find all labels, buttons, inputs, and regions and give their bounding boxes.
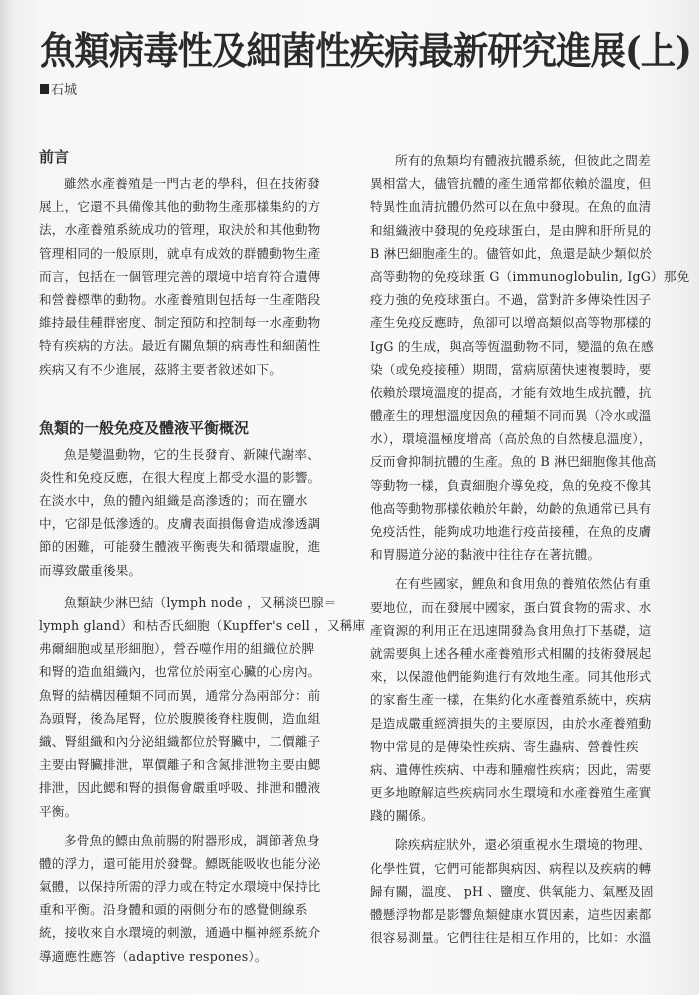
- paragraph: 雖然水產養殖是一門古老的學科，但在技術發展上，它還不具備像其他的動物生產那樣集約…: [39, 172, 339, 381]
- left-column: 前言 雖然水產養殖是一門古老的學科，但在技術發展上，它還不具備像其他的動物生產那…: [39, 146, 339, 968]
- section-heading-immunity: 魚類的一般免疫及體液平衡概況: [39, 417, 339, 439]
- text-line: 化學性質，它們可能都與病因、病程以及疾病的轉: [370, 857, 670, 880]
- text-line: 免疫活性，能夠成功地進行疫苗接種，在魚的皮膚: [370, 520, 670, 543]
- right-column: 所有的魚類均有體液抗體系統，但彼此之間差異相當大，儘管抗體的產生通常都依賴於溫度…: [370, 149, 670, 949]
- text-line: 體產生的理想溫度因魚的種類不同而異（冷水或溫: [370, 404, 670, 427]
- text-line: 在有些國家，鯉魚和食用魚的養殖依然佔有重: [370, 572, 670, 595]
- text-line: 節的困難，可能發生體液平衡喪失和循環虛脫，進: [39, 535, 339, 558]
- text-line: lymph gland）和枯否氏細胞（Kupffer's cell ，又稱庫: [39, 614, 339, 637]
- text-line: 而導致嚴重後果。: [39, 559, 339, 582]
- text-line: 他高等動物那樣依賴於年齡，幼齡的魚通常已具有: [370, 497, 670, 520]
- text-line: 染（或免疫接種）期間，當病原菌快速複製時，要: [370, 358, 670, 381]
- document-page: 魚類病毒性及細菌性疾病最新研究進展(上) 石城 前言 雖然水產養殖是一門古老的學…: [0, 0, 699, 995]
- text-line: 來，以保證他們能夠進行有效地生產。同其他形式: [370, 665, 670, 688]
- text-line: 體懸浮物都是影響魚類健康水質因素，這些因素都: [370, 903, 670, 926]
- text-line: 更多地瞭解這些疾病同水生環境和水產養殖生產實: [370, 781, 670, 804]
- text-line: 而言，包括在一個管理完善的環境中培育符合遺傳: [39, 265, 339, 288]
- text-line: 魚腎的結構因種類不同而異，通常分為兩部分：前: [39, 684, 339, 707]
- author-byline: 石城: [40, 79, 77, 98]
- text-line: 和腎的造血組織內，也常位於兩室心臟的心房內。: [39, 660, 339, 683]
- paragraph: 在有些國家，鯉魚和食用魚的養殖依然佔有重要地位，而在發展中國家，蛋白質食物的需求…: [370, 572, 670, 827]
- square-bullet-icon: [40, 84, 49, 94]
- text-line: 氣體，以保持所需的浮力或在特定水環境中保持比: [39, 875, 339, 898]
- text-line: 疾病又有不少進展，茲將主要者敘述如下。: [39, 358, 339, 381]
- text-line: 是造成嚴重經濟損失的主要原因，由於水產養殖動: [370, 712, 670, 735]
- text-line: 在淡水中，魚的體內組織是高滲透的；而在鹽水: [39, 489, 339, 512]
- text-line: 所有的魚類均有體液抗體系統，但彼此之間差: [370, 149, 670, 172]
- text-line: 反而會抑制抗體的生產。魚的 B 淋巴細胞像其他高: [370, 450, 670, 473]
- text-line: 產資源的利用正在迅速開發為食用魚打下基礎，這: [370, 619, 670, 642]
- text-line: 和組織液中發現的免疫球蛋白，是由脾和肝所見的: [370, 219, 670, 242]
- text-line: 異相當大，儘管抗體的產生通常都依賴於溫度，但: [370, 172, 670, 195]
- text-line: 織、腎組織和內分泌組織都位於腎臟中，二價離子: [39, 730, 339, 753]
- section-heading-preface: 前言: [39, 146, 339, 168]
- paragraph: 多骨魚的鰾由魚前腸的附器形成，調節著魚身體的浮力，還可能用於發聲。鰾既能吸收也能…: [39, 829, 339, 968]
- text-line: 等動物一樣，負責細胞介導免疫，魚的免疫不像其: [370, 474, 670, 497]
- text-line: 就需要與上述各種水產養殖形式相關的技術發展起: [370, 642, 670, 665]
- text-line: 魚是變溫動物，它的生長發育、新陳代謝率、: [39, 443, 339, 466]
- text-line: 中，它卻是低滲透的。皮膚表面損傷會造成滲透調: [39, 512, 339, 535]
- text-line: 平衡。: [39, 800, 339, 823]
- text-line: 重和平衡。沿身體和頭的兩側分布的感覺側線系: [39, 898, 339, 921]
- text-line: 展上，它還不具備像其他的動物生產那樣集約的方: [39, 195, 339, 218]
- text-line: 特異性血清抗體仍然可以在魚中發現。在魚的血清: [370, 195, 670, 218]
- text-line: 物中常見的是傳染性疾病、寄生蟲病、營養性疾: [370, 735, 670, 758]
- text-line: 弗爾細胞或星形細胞），營吞噬作用的組織位於脾: [39, 637, 339, 660]
- text-line: 為頭腎，後為尾腎，位於腹膜後脊柱腹側，造血組: [39, 707, 339, 730]
- text-line: 多骨魚的鰾由魚前腸的附器形成，調節著魚身: [39, 829, 339, 852]
- text-line: 踐的關係。: [370, 804, 670, 827]
- text-line: 水），環境溫極度增高（高於魚的自然棲息溫度），: [370, 427, 670, 450]
- text-line: 很容易測量。它們往往是相互作用的，比如：水溫: [370, 926, 670, 949]
- author-name: 石城: [51, 79, 77, 98]
- text-line: 法，水產養殖系統成功的管理，取決於和其他動物: [39, 218, 339, 241]
- paragraph: 除疾病症狀外，還必須重視水生環境的物理、化學性質，它們可能都與病因、病程以及疾病…: [370, 833, 670, 949]
- paragraph: 魚類缺少淋巴結（lymph node ，又稱淡巴腺＝lymph gland）和枯…: [39, 591, 339, 823]
- text-line: 依賴於環境溫度的提高，才能有效地生成抗體，抗: [370, 381, 670, 404]
- article-title: 魚類病毒性及細菌性疾病最新研究進展(上): [40, 20, 691, 75]
- text-line: 產生免疫反應時，魚卻可以增高類似高等物那樣的: [370, 311, 670, 334]
- text-line: 統，接收來自水環境的刺激，通過中樞神經系統介: [39, 921, 339, 944]
- text-line: 歸有關，溫度、 pH 、鹽度、供氧能力、氣壓及固: [370, 880, 670, 903]
- text-line: 維持最佳種群密度、制定預防和控制每一水產動物: [39, 311, 339, 334]
- text-line: 特有疾病的方法。最近有關魚類的病毒性和細菌性: [39, 334, 339, 357]
- text-line: 主要由腎臟排泄，單價離子和含氮排泄物主要由鰓: [39, 753, 339, 776]
- text-line: 魚類缺少淋巴結（lymph node ，又稱淡巴腺＝: [39, 591, 339, 614]
- text-line: 病、遺傳性疾病、中毒和腫瘤性疾病；因此，需要: [370, 758, 670, 781]
- text-line: 排泄，因此鰓和腎的損傷會嚴重呼吸、排泄和體液: [39, 776, 339, 799]
- text-line: 要地位，而在發展中國家，蛋白質食物的需求、水: [370, 596, 670, 619]
- text-line: 炎性和免疫反應，在很大程度上都受水溫的影響。: [39, 466, 339, 489]
- text-line: B 淋巴細胞產生的。儘管如此，魚還是缺少類似於: [370, 242, 670, 265]
- paragraph: 所有的魚類均有體液抗體系統，但彼此之間差異相當大，儘管抗體的產生通常都依賴於溫度…: [370, 149, 670, 566]
- text-line: 疫力強的免疫球蛋白。不過，當對許多傳染性因子: [370, 288, 670, 311]
- text-line: 除疾病症狀外，還必須重視水生環境的物理、: [370, 833, 670, 856]
- text-line: 導適應性應答（adaptive respones）。: [39, 945, 339, 968]
- text-line: 高等動物的免疫球蛋 G（immunoglobulin, IgG）那免: [370, 265, 670, 288]
- paragraph: 魚是變溫動物，它的生長發育、新陳代謝率、炎性和免疫反應，在很大程度上都受水溫的影…: [39, 443, 339, 582]
- text-line: 的家畜生產一樣，在集約化水產養殖系統中，疾病: [370, 688, 670, 711]
- text-line: 雖然水產養殖是一門古老的學科，但在技術發: [39, 172, 339, 195]
- text-line: 和營養標準的動物。水產養殖則包括每一生產階段: [39, 288, 339, 311]
- text-line: 管理相同的一般原則，就卓有成效的群體動物生產: [39, 242, 339, 265]
- text-line: 體的浮力，還可能用於發聲。鰾既能吸收也能分泌: [39, 852, 339, 875]
- text-line: 和胃腸道分泌的黏液中往往存在著抗體。: [370, 543, 670, 566]
- text-line: IgG 的生成，與高等恆溫動物不同，變溫的魚在感: [370, 335, 670, 358]
